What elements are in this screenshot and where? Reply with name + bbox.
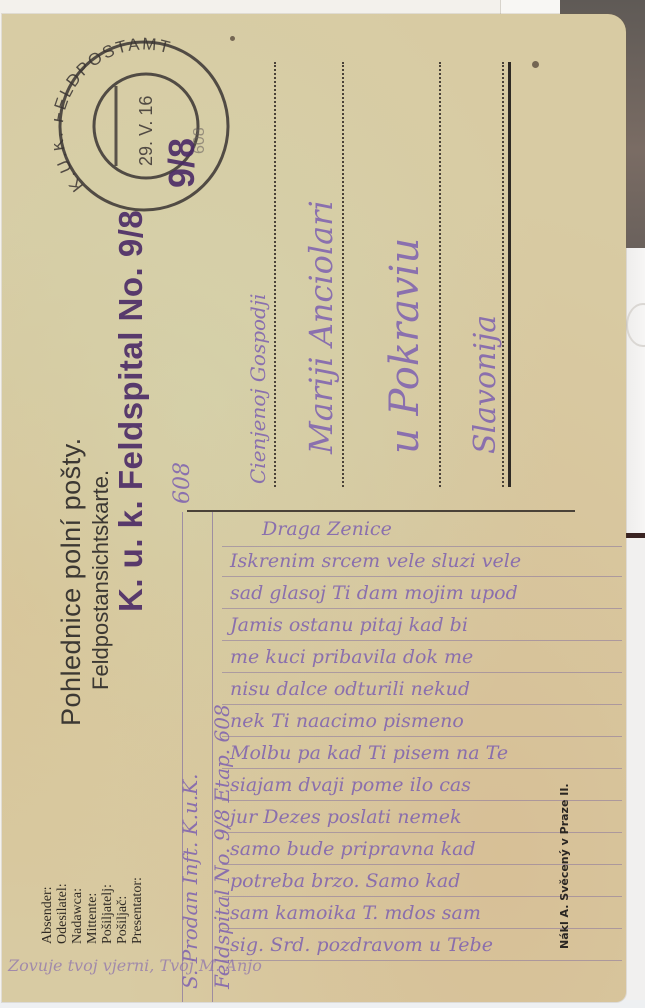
sender-label: Presentator: bbox=[130, 877, 145, 944]
svg-text:29. V. 16: 29. V. 16 bbox=[136, 96, 156, 166]
message-line: sig. Srd. pozdravom u Tebe bbox=[230, 934, 493, 956]
postmark-icon: K.U.K. FELDPOSTAMT 29. V. 16 608 9/8 bbox=[54, 36, 232, 214]
sender-label: Pošiljač: bbox=[115, 877, 130, 944]
sender-label: Odesilatel: bbox=[55, 877, 70, 944]
message-line: Jamis ostanu pitaj kad bi bbox=[230, 614, 468, 636]
sender-unit: Feldspital No. 9/8 Etap. 608 bbox=[210, 704, 234, 989]
scan-background-top bbox=[0, 0, 560, 14]
paper-speck bbox=[532, 61, 539, 68]
message-greeting: Draga Zenice bbox=[262, 518, 392, 540]
sender-label: Absender: bbox=[40, 877, 55, 944]
message-line: sam kamoika T. mdos sam bbox=[230, 902, 481, 924]
message-line: potreba brzo. Samo kad bbox=[230, 870, 460, 892]
sender-label: Pošiljatelj: bbox=[100, 877, 115, 944]
sender-label: Mittente: bbox=[85, 877, 100, 944]
message-line: nisu dalce odturili nekud bbox=[230, 678, 470, 700]
message-line: nek Ti naacimo pismeno bbox=[230, 710, 464, 732]
message-line: jur Dezes poslati nemek bbox=[230, 806, 462, 828]
message-line: siajam dvaji pome ilo cas bbox=[230, 774, 471, 796]
address-line-solid bbox=[508, 62, 511, 487]
address-region: Slavonija bbox=[468, 315, 503, 454]
message-line: sad glasoj Ti dam mojim upod bbox=[230, 582, 518, 604]
message-line: Molbu pa kad Ti pisem na Te bbox=[230, 742, 508, 764]
address-message-divider bbox=[187, 510, 575, 512]
card-title-german: Feldpostansichtskarte. bbox=[88, 470, 114, 690]
sender-label: Nadawca: bbox=[70, 877, 85, 944]
message-line: Iskrenim srcem vele sluzi vele bbox=[230, 550, 521, 572]
message-line: samo bude pripravna kad bbox=[230, 838, 476, 860]
field-hospital-stamp: K. u. k. Feldspital No. 9/8 bbox=[112, 210, 150, 612]
address-line bbox=[342, 62, 344, 487]
address-line bbox=[439, 62, 441, 487]
field-post-number: 608 bbox=[170, 462, 195, 504]
svg-text:9/8: 9/8 bbox=[161, 138, 202, 188]
address-recipient: Mariji Anciolari bbox=[302, 200, 340, 454]
message-line: me kuci pribavila dok me bbox=[230, 646, 473, 668]
sender-name: S. Prodan Inft. K.u.K. bbox=[178, 774, 202, 990]
sender-labels: Absender: Odesilatel: Nadawca: Mittente:… bbox=[40, 877, 145, 944]
address-town: u Pokraviu bbox=[382, 238, 428, 454]
publisher-imprint: Nákl A. Svěcený v Praze II. bbox=[558, 783, 571, 949]
address-line bbox=[274, 62, 276, 487]
address-salutation: Cienjenoj Gospodji bbox=[246, 294, 270, 484]
postcard: K.U.K. FELDPOSTAMT 29. V. 16 608 9/8 Poh… bbox=[2, 14, 626, 1002]
card-title-czech: Pohlednice polní pošty. bbox=[56, 437, 87, 726]
scan-background-top-sheet bbox=[500, 0, 561, 14]
